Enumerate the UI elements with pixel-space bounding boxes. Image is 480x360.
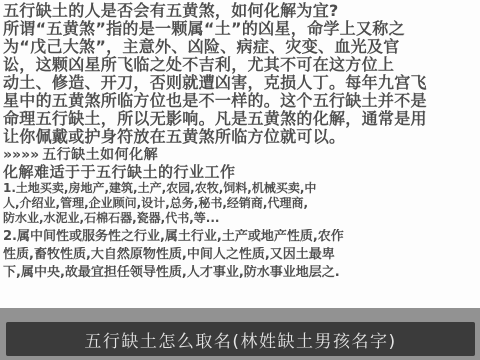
article-text-block: 五行缺土的人是否会有五黄煞，如何化解为宜? 所谓“五黄煞”指的是一颗属“土”的凶… — [0, 0, 480, 280]
intro-paragraph: 五行缺土的人是否会有五黄煞，如何化解为宜? 所谓“五黄煞”指的是一颗属“土”的凶… — [3, 2, 478, 146]
caption-bar: 五行缺土怎么取名(林姓缺土男孩名字) — [6, 322, 475, 356]
list-line: 1.土地买卖,房地产,建筑,土产,农园,农牧,饲料,机械买卖,中 — [3, 181, 478, 196]
caption-strip: 五行缺土怎么取名(林姓缺土男孩名字) — [0, 308, 480, 360]
list-line: 2.属中间性或服务性之行业,属土行业,土产或地产性质,农作 — [3, 229, 478, 244]
section-heading: »»»»五行缺土如何化解 — [3, 147, 478, 163]
intro-line: 所谓“五黄煞”指的是一颗属“土”的凶星，命学上又称之 — [3, 20, 478, 38]
list-line: 防水业,水泥业,石棉石器,瓷器,代书,等... — [3, 211, 478, 226]
intro-line: 讼，这颗凶星所飞临之处不吉利，尤其不可在这方位上 — [3, 56, 478, 74]
list-line: 性质,畜牧性质,大自然原物性质,中间人之性质,又因土最卑 — [3, 247, 478, 262]
intro-line: 命理五行缺土，所以无影响。凡是五黄煞的化解，通常是用 — [3, 110, 478, 128]
intro-line: 为“戊己大煞”，主意外、凶险、病症、灾变、血光及官 — [3, 38, 478, 56]
occupation-list-1: 1.土地买卖,房地产,建筑,土产,农园,农牧,饲料,机械买卖,中 人,介绍业,管… — [3, 181, 478, 226]
occupation-list-2: 2.属中间性或服务性之行业,属土行业,土产或地产性质,农作 性质,畜牧性质,大自… — [3, 229, 478, 280]
intro-line: 动土、修造、开刀，否则就遭凶害，克损人丁。每年九宫飞 — [3, 74, 478, 92]
list-line: 人,介绍业,管理,企业顾问,设计,总务,秘书,经销商,代理商, — [3, 196, 478, 211]
list-line: 下,属中央,故最宜担任领导性质,人才事业,防水事业地层之. — [3, 265, 478, 280]
intro-line: 让你佩戴或护身符放在五黄煞所临方位就可以。 — [3, 128, 478, 146]
chevrons-right-icon: »»»» — [3, 147, 39, 163]
caption-text: 五行缺土怎么取名(林姓缺土男孩名字) — [84, 327, 396, 352]
article-thumbnail: 五行缺土的人是否会有五黄煞，如何化解为宜? 所谓“五黄煞”指的是一颗属“土”的凶… — [0, 0, 480, 360]
intro-line: 星中的五黄煞所临方位也是不一样的。这个五行缺土并不是 — [3, 92, 478, 110]
intro-line: 五行缺土的人是否会有五黄煞，如何化解为宜? — [3, 2, 478, 20]
work-section-title: 化解难适于于五行缺土的行业工作 — [3, 163, 478, 181]
section-title: 五行缺土如何化解 — [42, 147, 158, 163]
